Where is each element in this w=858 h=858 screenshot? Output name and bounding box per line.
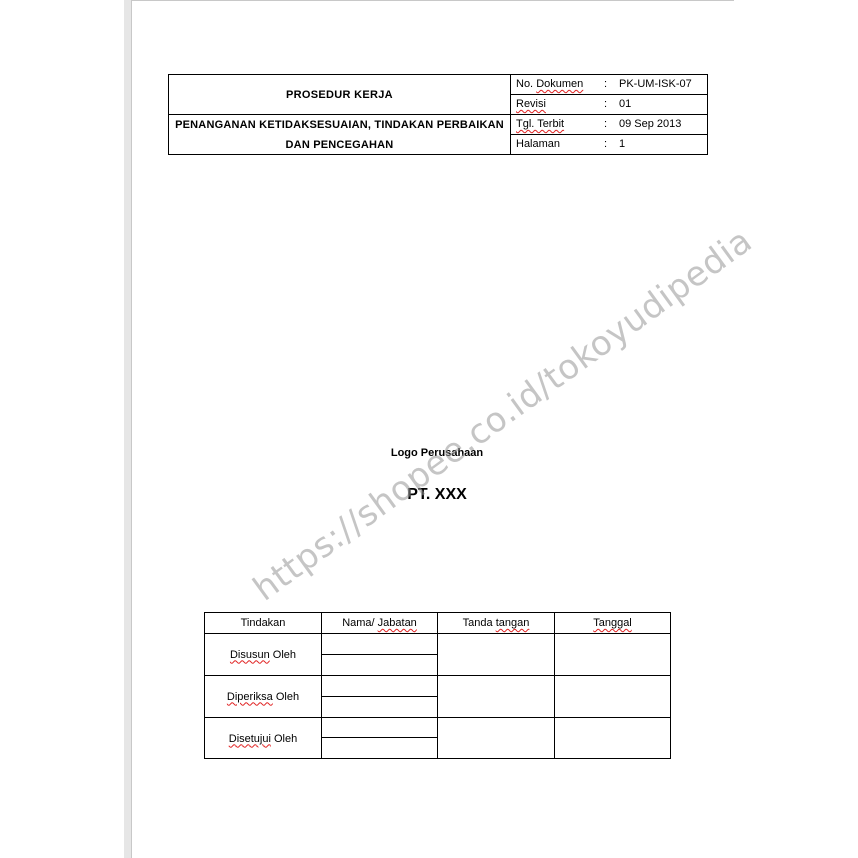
meta-colon: :: [604, 95, 607, 114]
page-number-value: 1: [619, 135, 625, 154]
procedure-subject-line1: PENANGANAN KETIDAKSESUAIAN, TINDAKAN PER…: [175, 115, 504, 135]
action-word: Diperiksa: [227, 691, 273, 703]
column-header-word: Jabatan: [378, 617, 417, 629]
document-header-table: PROSEDUR KERJA PENANGANAN KETIDAKSESUAIA…: [168, 74, 708, 155]
meta-label: Halaman: [516, 135, 560, 154]
column-divider: [554, 613, 555, 758]
meta-colon: :: [604, 115, 607, 134]
logo-placeholder: Logo Perusahaan: [132, 447, 742, 459]
meta-colon: :: [604, 75, 607, 94]
meta-row-issue-date: Tgl. Terbit : 09 Sep 2013: [511, 115, 707, 135]
meta-row-page: Halaman : 1: [511, 135, 707, 155]
column-header-word: tangan: [496, 617, 530, 629]
action-word: Disusun: [230, 649, 270, 661]
procedure-title: PROSEDUR KERJA: [169, 75, 510, 115]
table-row-label: Disetujui Oleh: [205, 718, 321, 759]
meta-row-document-number: No. Dokumen : PK-UM-ISK-07: [511, 75, 707, 95]
header-meta-column: No. Dokumen : PK-UM-ISK-07 Revisi : 01 T…: [511, 75, 707, 154]
issue-date-value: 09 Sep 2013: [619, 115, 681, 134]
table-row-label: Diperiksa Oleh: [205, 676, 321, 717]
procedure-subject-line2: DAN PENCEGAHAN: [286, 135, 394, 155]
company-name: PT. XXX: [132, 486, 742, 504]
meta-label: Revisi: [516, 95, 546, 114]
meta-row-revision: Revisi : 01: [511, 95, 707, 115]
revision-value: 01: [619, 95, 631, 114]
page-gutter: [124, 0, 131, 858]
document-viewer: PROSEDUR KERJA PENANGANAN KETIDAKSESUAIA…: [0, 0, 858, 858]
approval-table: Tindakan Nama/ Jabatan Tanda tangan Tang…: [204, 612, 671, 759]
column-header-nama-jabatan: Nama/ Jabatan: [322, 613, 437, 633]
name-jabatan-split: [321, 737, 438, 738]
header-left-column: PROSEDUR KERJA PENANGANAN KETIDAKSESUAIA…: [169, 75, 511, 154]
procedure-subject: PENANGANAN KETIDAKSESUAIAN, TINDAKAN PER…: [169, 115, 510, 154]
column-header-tanda-tangan: Tanda tangan: [438, 613, 554, 633]
meta-label: No. Dokumen: [516, 75, 583, 94]
name-jabatan-split: [321, 654, 438, 655]
meta-label: Tgl. Terbit: [516, 115, 564, 134]
document-number-value: PK-UM-ISK-07: [619, 75, 692, 94]
table-row-label: Disusun Oleh: [205, 634, 321, 675]
column-header-word: Tanggal: [593, 617, 632, 629]
meta-colon: :: [604, 135, 607, 154]
meta-label-word: Dokumen: [536, 78, 583, 90]
column-header-tanggal: Tanggal: [555, 613, 670, 633]
column-header-tindakan: Tindakan: [205, 613, 321, 633]
action-word: Disetujui: [229, 733, 271, 745]
name-jabatan-split: [321, 696, 438, 697]
